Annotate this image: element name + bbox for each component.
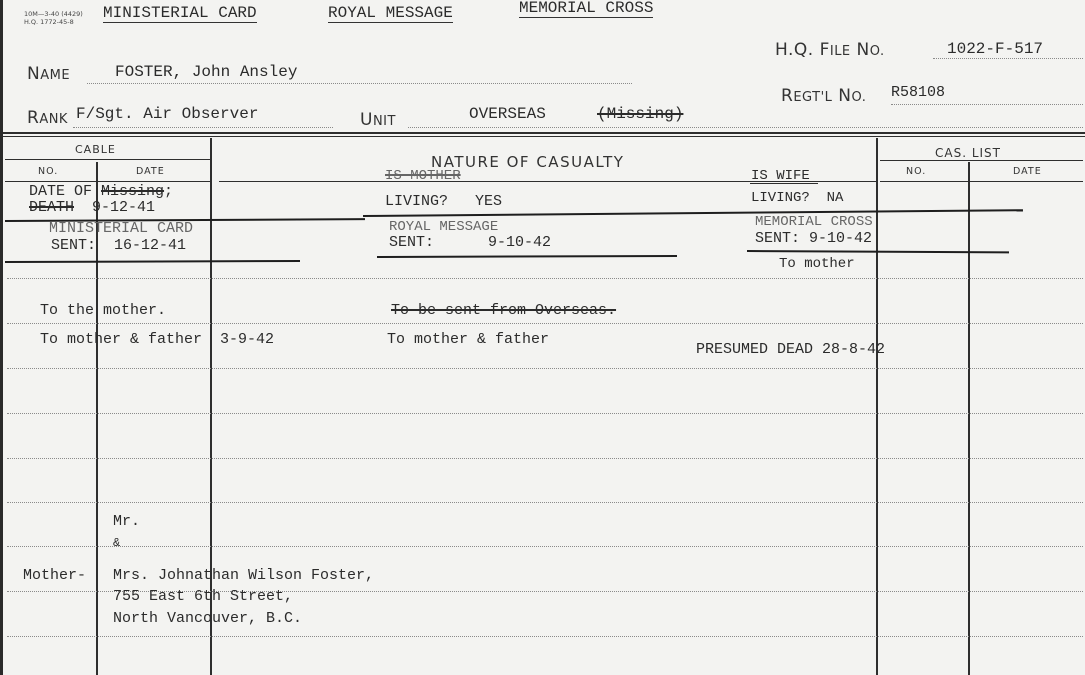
hq-file-value: 1022-F-517 — [947, 40, 1043, 58]
rank-dots — [73, 127, 333, 128]
wife-living-line: LIVING? NA — [751, 190, 843, 206]
address-street: 755 East 6th Street, — [113, 588, 293, 605]
is-wife-line: IS WIFE — [751, 168, 810, 184]
royal-message-sent-date: 9-10-42 — [488, 234, 551, 251]
memorial-cross-label: MEMORIAL CROSS — [519, 0, 653, 18]
is-wife-underline — [750, 183, 818, 184]
address-relation: Mother- — [23, 567, 86, 584]
unit-dots — [408, 127, 1083, 128]
address-name: Mrs. Johnathan Wilson Foster, — [113, 567, 374, 584]
vline-cas-left — [876, 138, 878, 675]
memorial-cross-sent-date: 9-10-42 — [809, 230, 872, 247]
wife-living-value: NA — [827, 190, 844, 206]
date-of-line1: DATE OF Missing; — [29, 183, 173, 200]
hq-file-dots — [933, 58, 1083, 59]
entry-1-middle-struck: To be sent from Overseas. — [391, 302, 616, 319]
entry-2-right: PRESUMED DEAD 28-8-42 — [696, 341, 885, 358]
entry-1-left: To the mother. — [40, 302, 166, 319]
ministerial-card-label: MINISTERIAL CARD — [103, 4, 257, 23]
handdrawn-rule-2 — [5, 260, 300, 263]
rank-value: F/Sgt. Air Observer — [76, 105, 258, 123]
regtl-value: R58108 — [891, 84, 945, 101]
is-mother-line: IS MOTHER — [385, 168, 461, 184]
name-dots — [87, 83, 632, 84]
cas-list-col-no: NO. — [906, 166, 926, 177]
unit-struck-note: (Missing) — [597, 105, 683, 123]
royal-message-sent-line: SENT: 9-10-42 — [389, 234, 551, 251]
cas-list-header-rule — [880, 160, 1083, 161]
royal-message-label: ROYAL MESSAGE — [328, 4, 453, 23]
cable-col-date: DATE — [136, 166, 165, 177]
regtl-dots — [891, 104, 1083, 105]
address-city: North Vancouver, B.C. — [113, 610, 302, 627]
handdrawn-rule-4 — [377, 255, 677, 258]
row-rule-2 — [7, 323, 1083, 324]
casualty-card: 10M—3-40 (4429) H.Q. 1772-45-8 MINISTERI… — [3, 0, 1085, 675]
row-rule-6 — [7, 502, 1083, 503]
memorial-cross-line: MEMORIAL CROSS — [755, 214, 873, 230]
cable-header-rule — [5, 159, 210, 160]
address-amp: & — [113, 536, 120, 550]
row-rule-1 — [7, 278, 1083, 279]
memorial-cross-sent-line: SENT: 9-10-42 — [755, 230, 872, 247]
mother-living-value: YES — [475, 193, 502, 210]
top-double-rule-1 — [3, 132, 1085, 134]
cas-list-cols-rule — [880, 181, 1083, 182]
ministerial-sent-line: SENT: 16-12-41 — [51, 237, 186, 254]
ministerial-card-line: MINISTERIAL CARD — [49, 220, 193, 237]
row-rule-3 — [7, 368, 1083, 369]
vline-cas-mid — [968, 162, 970, 675]
cable-header: CABLE — [75, 143, 116, 156]
cable-col-no: NO. — [38, 166, 58, 177]
regtl-label: REGT'L NO. — [781, 86, 866, 106]
royal-message-line: ROYAL MESSAGE — [389, 219, 498, 235]
form-code-line2: H.Q. 1772-45-8 — [24, 18, 83, 26]
unit-value: OVERSEAS — [469, 105, 546, 123]
row-rule-7 — [7, 546, 1083, 547]
row-rule-5 — [7, 458, 1083, 459]
row-rule-4 — [7, 413, 1083, 414]
handdrawn-rule-3 — [363, 209, 1023, 217]
top-double-rule-2 — [3, 136, 1085, 137]
rank-label: RANK — [27, 108, 68, 128]
name-value: FOSTER, John Ansley — [115, 63, 297, 81]
mother-living-line: LIVING? YES — [385, 193, 502, 210]
cas-list-header: CAS. LIST — [935, 146, 1001, 160]
cas-list-col-date: DATE — [1013, 166, 1042, 177]
unit-label: UNIT — [360, 110, 396, 130]
entry-2-left: To mother & father 3-9-42 — [40, 331, 274, 348]
name-label: NAME — [27, 64, 70, 84]
memorial-cross-recipient: To mother — [779, 256, 855, 272]
date-of-death-value: 9-12-41 — [92, 199, 155, 216]
form-code-line1: 10M—3-40 (4429) — [24, 10, 83, 18]
form-code: 10M—3-40 (4429) H.Q. 1772-45-8 — [24, 10, 83, 26]
ministerial-sent-date: 16-12-41 — [114, 237, 186, 254]
date-of-line2: DEATH 9-12-41 — [29, 199, 155, 216]
address-mr: Mr. — [113, 513, 140, 530]
row-rule-9 — [7, 636, 1083, 637]
entry-2-middle: To mother & father — [387, 331, 549, 348]
cable-cols-rule — [5, 181, 210, 182]
hq-file-label: H.Q. FILE NO. — [775, 40, 885, 60]
